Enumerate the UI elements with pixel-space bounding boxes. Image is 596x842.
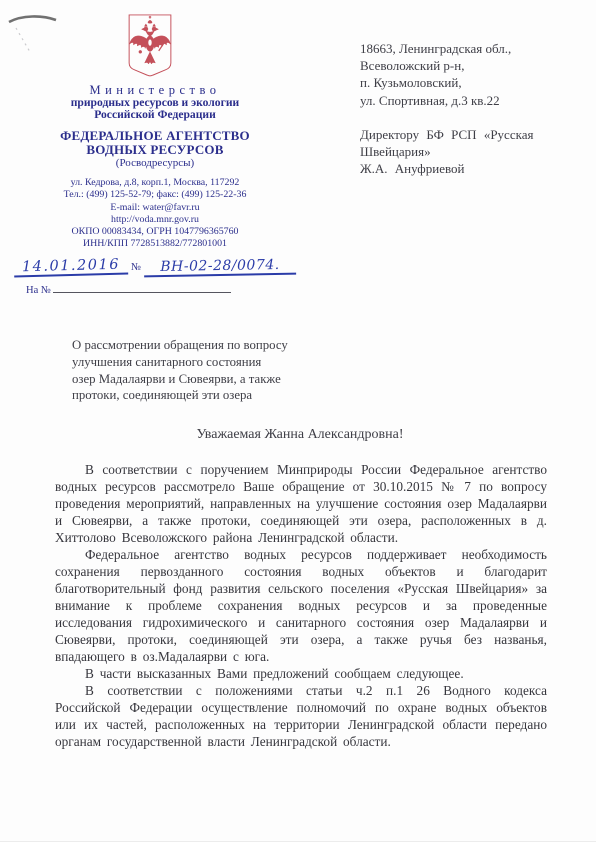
incoming-reference-row: На №: [14, 285, 296, 296]
body-paragraph: Федеральное агентство водных ресурсов по…: [55, 546, 547, 665]
agency-name-line2: ВОДНЫХ РЕСУРСОВ: [14, 143, 296, 157]
subject-line: О рассмотрении обращения по вопросу: [72, 337, 357, 354]
letter-body: В соответствии с поручением Минприроды Р…: [55, 461, 547, 750]
salutation: Уважаемая Жанна Александровна!: [55, 427, 545, 443]
ministry-name-line2: природных ресурсов и экологии: [14, 97, 296, 109]
scanned-letter-page: Министерство природных ресурсов и эколог…: [0, 0, 596, 842]
coat-of-arms-icon: [121, 13, 179, 79]
agency-email: E-mail: water@favr.ru: [14, 202, 296, 214]
agency-short-name: (Росводресурсы): [14, 157, 296, 169]
subject-block: О рассмотрении обращения по вопросу улуч…: [72, 337, 357, 404]
body-paragraph: В соответствии с поручением Минприроды Р…: [55, 461, 547, 546]
handwritten-date: 14.01.2016: [14, 257, 128, 278]
handwritten-outgoing-number: ВН-02-28/0074.: [144, 257, 296, 278]
number-sign-label: №: [131, 262, 141, 273]
body-paragraph: В части высказанных Вами предложений соо…: [55, 665, 547, 682]
ministry-name-line3: Российской Федерации: [14, 109, 296, 121]
recipient-address-line: 18663, Ленинградская обл.,: [360, 40, 582, 57]
recipient-address-line: Всеволожский р-н,: [360, 57, 582, 74]
agency-name-line1: ФЕДЕРАЛЬНОЕ АГЕНТСТВО: [14, 129, 296, 143]
agency-website: http://voda.mnr.gov.ru: [14, 214, 296, 226]
recipient-address-line: п. Кузьмоловский,: [360, 74, 582, 91]
agency-okpo-ogrn: ОКПО 00083434, ОГРН 1047796365760: [14, 226, 296, 238]
outgoing-reference-row: 14.01.2016 № ВН-02-28/0074.: [14, 251, 296, 276]
subject-line: улучшения санитарного состояния: [72, 354, 357, 371]
subject-line: протоки, соединяющей эти озера: [72, 387, 357, 404]
addressee-line: Швейцария»: [360, 143, 582, 160]
agency-inn-kpp: ИНН/КПП 7728513882/772801001: [14, 238, 296, 250]
letterhead: Министерство природных ресурсов и эколог…: [14, 13, 296, 296]
reply-reference-blank-line: [53, 291, 231, 293]
recipient-gap: [360, 109, 582, 126]
agency-postal-address: ул. Кедрова, д.8, корп.1, Москва, 117292: [14, 177, 296, 189]
recipient-block: 18663, Ленинградская обл., Всеволожский …: [360, 40, 582, 177]
addressee-line: Ж.А. Ануфриевой: [360, 160, 582, 177]
addressee-line: Директору БФ РСП «Русская: [360, 126, 582, 143]
subject-line: озер Мадалаярви и Сювеярви, а также: [72, 371, 357, 388]
recipient-address-line: ул. Спортивная, д.3 кв.22: [360, 92, 582, 109]
agency-phone-fax: Тел.: (499) 125-52-79; факс: (499) 125-2…: [14, 189, 296, 201]
body-paragraph: В соответствии с положениями статьи ч.2 …: [55, 682, 547, 750]
reply-reference-label: На №: [26, 285, 51, 296]
agency-contact-block: ул. Кедрова, д.8, корп.1, Москва, 117292…: [14, 177, 296, 250]
